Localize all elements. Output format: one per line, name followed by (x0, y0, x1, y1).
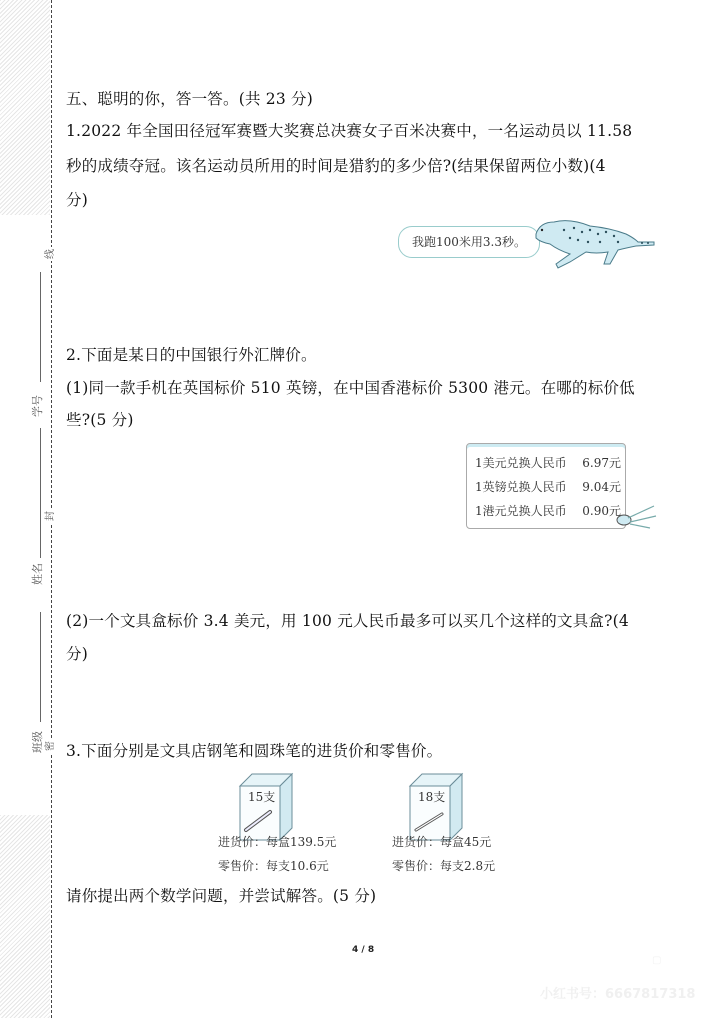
seal-char-feng: 封 (45, 509, 57, 523)
q2-part1-line-2: 些?(5 分) (66, 410, 134, 430)
margin-stripe-bottom (0, 815, 50, 1018)
student-id-line[interactable] (40, 272, 41, 382)
student-id-label: 学号 (29, 395, 45, 417)
rate-row-gbp: 1英镑兑换人民币 9.04元 (475, 478, 621, 495)
q1-line-1: 1.2022 年全国田径冠军赛暨大奖赛总决赛女子百米决赛中，一名运动员以 11.… (66, 121, 632, 141)
fountain-pen-box-label: 15支 (248, 788, 275, 805)
rate-label-gbp: 1英镑兑换人民币 (475, 478, 567, 495)
q3-intro: 3.下面分别是文具店钢笔和圆珠笔的进货价和零售价。 (66, 741, 442, 761)
q2-part1-line-1: (1)同一款手机在英国标价 510 英镑，在中国香港标价 5300 港元。在哪的… (66, 378, 635, 398)
ballpoint-pen-purchase-price: 进货价：每盒45元 (392, 833, 491, 850)
rate-row-hkd: 1港元兑换人民币 0.90元 (475, 502, 621, 519)
margin-stripe-top (0, 0, 50, 215)
q2-intro: 2.下面是某日的中国银行外汇牌价。 (66, 345, 317, 365)
name-label: 姓名 (29, 563, 45, 585)
q1-line-3: 分) (66, 190, 88, 210)
watermark-text: 小红书号：6667817318 (540, 983, 695, 1002)
seal-char-mi: 密 (45, 739, 57, 753)
class-label: 班级 (29, 731, 45, 753)
exchange-rate-board: 1美元兑换人民币 6.97元 1英镑兑换人民币 9.04元 1港元兑换人民币 0… (466, 443, 626, 529)
cheetah-speech-bubble: 我跑100米用3.3秒。 (398, 226, 540, 258)
section-title: 五、聪明的你，答一答。(共 23 分) (66, 89, 313, 109)
fountain-pen-purchase-price: 进货价：每盒139.5元 (218, 833, 336, 850)
fountain-pen-retail-price: 零售价：每支10.6元 (218, 857, 329, 874)
rate-label-usd: 1美元兑换人民币 (475, 454, 567, 471)
ballpoint-pen-box-icon (406, 772, 466, 842)
rate-value-usd: 6.97元 (582, 454, 621, 471)
page-indicator: 4 / 8 (352, 945, 374, 955)
ballpoint-pen-retail-price: 零售价：每支2.8元 (392, 857, 495, 874)
fountain-pen-box-icon (236, 772, 296, 842)
scroll-decoration-icon (610, 500, 660, 532)
rate-value-gbp: 9.04元 (582, 478, 621, 495)
q2-part2-line-1: (2)一个文具盒标价 3.4 美元，用 100 元人民币最多可以买几个这样的文具… (66, 611, 629, 631)
class-line[interactable] (40, 612, 41, 722)
q2-part2-line-2: 分) (66, 644, 88, 664)
ballpoint-pen-box-label: 18支 (418, 788, 445, 805)
name-line[interactable] (40, 428, 41, 558)
q3-prompt: 请你提出两个数学问题，并尝试解答。(5 分) (66, 886, 376, 906)
q1-line-2: 秒的成绩夺冠。该名运动员所用的时间是猎豹的多少倍?(结果保留两位小数)(4 (66, 156, 606, 176)
rate-row-usd: 1美元兑换人民币 6.97元 (475, 454, 621, 471)
cheetah-icon (530, 212, 658, 272)
watermark-logo-icon: ▢ (652, 955, 661, 966)
rate-label-hkd: 1港元兑换人民币 (475, 502, 567, 519)
seal-char-xian: 线 (45, 247, 57, 261)
